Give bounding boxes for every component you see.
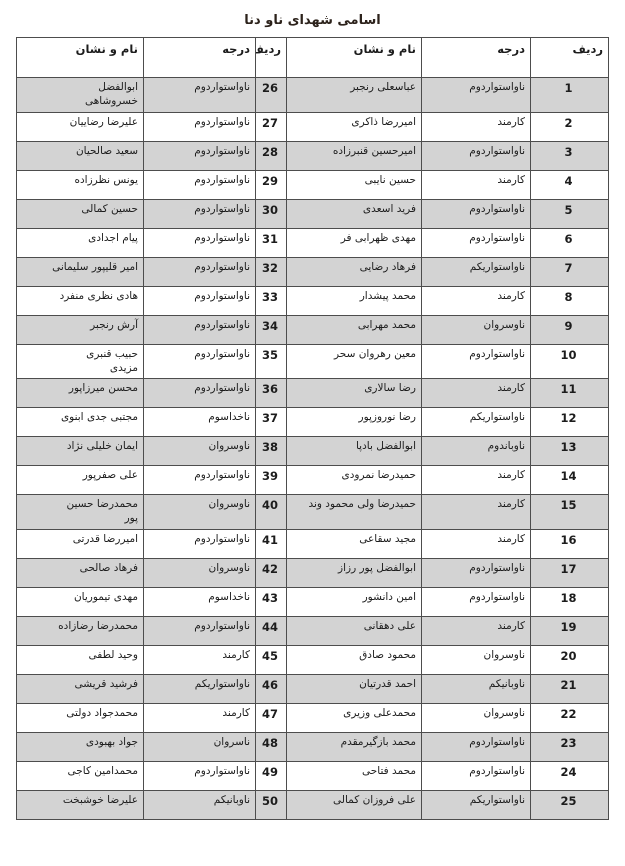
rank-cell: ناوسروان	[144, 559, 256, 588]
name-cell: علی صفرپور	[17, 466, 144, 495]
name-cell: احمد قدرتیان	[287, 675, 422, 704]
radif-cell: 35	[256, 344, 287, 379]
radif-cell: 32	[256, 257, 287, 286]
name-cell: محمدرضا حسین پور	[17, 495, 144, 530]
radif-cell: 4	[531, 170, 609, 199]
rank-cell: ناوسروان	[422, 315, 531, 344]
radif-cell: 25	[531, 791, 609, 820]
name-cell: فرید اسعدی	[287, 199, 422, 228]
name-cell: محمدامین کاجی	[17, 762, 144, 791]
table-row: 10ناواستواردوممعین رهروان سحر35ناواستوار…	[17, 344, 609, 379]
name-cell: رضا نوروزپور	[287, 408, 422, 437]
table-row: 23ناواستواردوممحمد بازگیرمقدم48ناسروانجو…	[17, 733, 609, 762]
name-cell: وحید لطفی	[17, 646, 144, 675]
radif-cell: 12	[531, 408, 609, 437]
rank-cell: ناوسروان	[144, 437, 256, 466]
radif-cell: 3	[531, 141, 609, 170]
name-cell: محمدجواد دولتی	[17, 704, 144, 733]
rank-cell: ناواستواریکم	[422, 408, 531, 437]
radif-cell: 48	[256, 733, 287, 762]
radif-cell: 42	[256, 559, 287, 588]
header-name-right: نام و نشان	[287, 38, 422, 78]
radif-cell: 39	[256, 466, 287, 495]
name-cell: حمیدرضا ولی محمود وند	[287, 495, 422, 530]
radif-cell: 9	[531, 315, 609, 344]
radif-cell: 13	[531, 437, 609, 466]
name-cell: امیرحسین قنبرزاده	[287, 141, 422, 170]
name-cell: جواد بهبودی	[17, 733, 144, 762]
radif-cell: 38	[256, 437, 287, 466]
table-row: 19کارمندعلی دهقانی44ناواستواردوممحمدرضا …	[17, 617, 609, 646]
name-cell: امین دانشور	[287, 588, 422, 617]
table-row: 15کارمندحمیدرضا ولی محمود وند40ناوسروانم…	[17, 495, 609, 530]
header-radif-right: ردیف	[531, 38, 609, 78]
name-cell: امیر قلیپور سلیمانی	[17, 257, 144, 286]
table-row: 13ناوباندومابوالفضل بادپا38ناوسروانایمان…	[17, 437, 609, 466]
header-name-left: نام و نشان	[17, 38, 144, 78]
name-cell: ابوالفضل پور رزاز	[287, 559, 422, 588]
rank-cell: ناواستواریکم	[422, 257, 531, 286]
radif-cell: 26	[256, 78, 287, 113]
radif-cell: 5	[531, 199, 609, 228]
radif-cell: 24	[531, 762, 609, 791]
radif-cell: 47	[256, 704, 287, 733]
table-row: 7ناواستواریکمفرهاد رضایی32ناواستواردومام…	[17, 257, 609, 286]
name-cell: فرهاد رضایی	[287, 257, 422, 286]
rank-cell: ناواستواردوم	[144, 112, 256, 141]
rank-cell: ناوباندوم	[422, 437, 531, 466]
table-body: 1ناواستواردومعباسعلی رنجبر26ناواستواردوم…	[17, 78, 609, 820]
rank-cell: ناواستواردوم	[144, 257, 256, 286]
name-cell: علی فروزان کمالی	[287, 791, 422, 820]
rank-cell: کارمند	[422, 379, 531, 408]
table-row: 2کارمندامیررضا ذاکری27ناواستواردومعلیرضا…	[17, 112, 609, 141]
header-radif-left: ردیف	[256, 38, 287, 78]
name-cell: محمدعلی وزیری	[287, 704, 422, 733]
rank-cell: ناواستواردوم	[422, 141, 531, 170]
table-row: 20ناوسروانمحمود صادق45کارمندوحید لطفی	[17, 646, 609, 675]
radif-cell: 49	[256, 762, 287, 791]
radif-cell: 22	[531, 704, 609, 733]
name-cell: مهدی ظهرابی فر	[287, 228, 422, 257]
name-cell: هادی نظری منفرد	[17, 286, 144, 315]
rank-cell: ناواستواریکم	[422, 791, 531, 820]
rank-cell: کارمند	[144, 704, 256, 733]
rank-cell: ناواستواردوم	[422, 199, 531, 228]
rank-cell: ناواستواردوم	[144, 286, 256, 315]
radif-cell: 21	[531, 675, 609, 704]
rank-cell: ناواستواردوم	[144, 466, 256, 495]
rank-cell: ناخداسوم	[144, 408, 256, 437]
name-cell: ایمان خلیلی نژاد	[17, 437, 144, 466]
rank-cell: ناوبانیکم	[144, 791, 256, 820]
radif-cell: 34	[256, 315, 287, 344]
name-cell: محمد پیشدار	[287, 286, 422, 315]
table-row: 17ناواستواردومابوالفضل پور رزاز42ناوسروا…	[17, 559, 609, 588]
radif-cell: 17	[531, 559, 609, 588]
name-cell: علی دهقانی	[287, 617, 422, 646]
name-cell: مهدی تیموریان	[17, 588, 144, 617]
rank-cell: ناواستواردوم	[144, 530, 256, 559]
table-row: 4کارمندحسین نایبی29ناواستواردومیونس نظرز…	[17, 170, 609, 199]
name-cell: ابوالفضل خسروشاهی	[17, 78, 144, 113]
name-cell: رضا سالاری	[287, 379, 422, 408]
name-cell: سعید صالحیان	[17, 141, 144, 170]
radif-cell: 41	[256, 530, 287, 559]
name-cell: محمد مهرابی	[287, 315, 422, 344]
name-cell: آرش رنجبر	[17, 315, 144, 344]
rank-cell: ناواستواردوم	[422, 344, 531, 379]
radif-cell: 33	[256, 286, 287, 315]
radif-cell: 7	[531, 257, 609, 286]
rank-cell: ناواستواردوم	[144, 617, 256, 646]
name-cell: مجتبی جدی ابنوی	[17, 408, 144, 437]
radif-cell: 10	[531, 344, 609, 379]
table-row: 14کارمندحمیدرضا نمرودی39ناواستواردومعلی …	[17, 466, 609, 495]
table-row: 8کارمندمحمد پیشدار33ناواستواردومهادی نظر…	[17, 286, 609, 315]
rank-cell: ناواستواردوم	[422, 559, 531, 588]
name-cell: امیررضا قدرتی	[17, 530, 144, 559]
rank-cell: ناوسروان	[144, 495, 256, 530]
name-cell: یونس نظرزاده	[17, 170, 144, 199]
radif-cell: 20	[531, 646, 609, 675]
radif-cell: 15	[531, 495, 609, 530]
radif-cell: 11	[531, 379, 609, 408]
table-row: 18ناواستواردومامین دانشور43ناخداسوممهدی …	[17, 588, 609, 617]
header-rank-left: درجه	[144, 38, 256, 78]
rank-cell: ناواستواردوم	[144, 170, 256, 199]
table-row: 16کارمندمجید سقاعی41ناواستواردومامیررضا …	[17, 530, 609, 559]
rank-cell: ناواستواردوم	[144, 315, 256, 344]
rank-cell: ناواستواردوم	[144, 344, 256, 379]
radif-cell: 14	[531, 466, 609, 495]
name-cell: محمد بازگیرمقدم	[287, 733, 422, 762]
name-cell: پیام اجدادی	[17, 228, 144, 257]
name-cell: مجید سقاعی	[287, 530, 422, 559]
radif-cell: 36	[256, 379, 287, 408]
rank-cell: ناوبانیکم	[422, 675, 531, 704]
rank-cell: کارمند	[422, 112, 531, 141]
name-cell: فرهاد صالحی	[17, 559, 144, 588]
name-cell: محمود صادق	[287, 646, 422, 675]
table-row: 25ناواستواریکمعلی فروزان کمالی50ناوبانیک…	[17, 791, 609, 820]
rank-cell: ناواستواردوم	[144, 762, 256, 791]
rank-cell: ناوسروان	[422, 646, 531, 675]
rank-cell: کارمند	[422, 617, 531, 646]
table-row: 3ناواستواردومامیرحسین قنبرزاده28ناواستوا…	[17, 141, 609, 170]
header-rank-right: درجه	[422, 38, 531, 78]
table-row: 5ناواستواردومفرید اسعدی30ناواستواردومحسی…	[17, 199, 609, 228]
radif-cell: 1	[531, 78, 609, 113]
table-row: 1ناواستواردومعباسعلی رنجبر26ناواستواردوم…	[17, 78, 609, 113]
table-row: 6ناواستواردوممهدی ظهرابی فر31ناواستواردو…	[17, 228, 609, 257]
rank-cell: ناواستواردوم	[144, 78, 256, 113]
table-row: 9ناوسروانمحمد مهرابی34ناواستواردومآرش رن…	[17, 315, 609, 344]
rank-cell: ناواستواردوم	[422, 78, 531, 113]
rank-cell: ناسروان	[144, 733, 256, 762]
radif-cell: 27	[256, 112, 287, 141]
rank-cell: ناواستواردوم	[144, 141, 256, 170]
rank-cell: کارمند	[422, 286, 531, 315]
rank-cell: ناواستواردوم	[422, 228, 531, 257]
page-title: اسامی شهدای ناو دنا	[0, 13, 625, 28]
radif-cell: 16	[531, 530, 609, 559]
name-cell: فرشید قریشی	[17, 675, 144, 704]
radif-cell: 19	[531, 617, 609, 646]
name-cell: حسین کمالی	[17, 199, 144, 228]
rank-cell: ناواستواردوم	[422, 588, 531, 617]
radif-cell: 2	[531, 112, 609, 141]
name-cell: محسن میرزاپور	[17, 379, 144, 408]
rank-cell: ناواستواردوم	[144, 228, 256, 257]
name-cell: علیرضا خوشبخت	[17, 791, 144, 820]
radif-cell: 23	[531, 733, 609, 762]
table-row: 21ناوبانیکماحمد قدرتیان46ناواستواریکمفرش…	[17, 675, 609, 704]
radif-cell: 30	[256, 199, 287, 228]
radif-cell: 18	[531, 588, 609, 617]
name-cell: حمیدرضا نمرودی	[287, 466, 422, 495]
rank-cell: کارمند	[422, 530, 531, 559]
rank-cell: کارمند	[144, 646, 256, 675]
radif-cell: 46	[256, 675, 287, 704]
radif-cell: 8	[531, 286, 609, 315]
table-row: 24ناواستواردوممحمد فتاحی49ناواستواردوممح…	[17, 762, 609, 791]
rank-cell: کارمند	[422, 495, 531, 530]
name-cell: محمد فتاحی	[287, 762, 422, 791]
rank-cell: کارمند	[422, 466, 531, 495]
radif-cell: 50	[256, 791, 287, 820]
name-cell: ابوالفضل بادپا	[287, 437, 422, 466]
table-header-row: ردیف درجه نام و نشان ردیف درجه نام و نشا…	[17, 38, 609, 78]
table-row: 11کارمندرضا سالاری36ناواستواردوممحسن میر…	[17, 379, 609, 408]
rank-cell: ناواستواردوم	[422, 733, 531, 762]
rank-cell: کارمند	[422, 170, 531, 199]
name-cell: حبیب قنبری مزیدی	[17, 344, 144, 379]
radif-cell: 37	[256, 408, 287, 437]
rank-cell: ناواستواردوم	[144, 379, 256, 408]
name-cell: حسین نایبی	[287, 170, 422, 199]
radif-cell: 43	[256, 588, 287, 617]
table-row: 22ناوسروانمحمدعلی وزیری47کارمندمحمدجواد …	[17, 704, 609, 733]
martyrs-table: ردیف درجه نام و نشان ردیف درجه نام و نشا…	[16, 37, 609, 820]
name-cell: معین رهروان سحر	[287, 344, 422, 379]
radif-cell: 44	[256, 617, 287, 646]
name-cell: محمدرضا رضازاده	[17, 617, 144, 646]
name-cell: امیررضا ذاکری	[287, 112, 422, 141]
rank-cell: ناخداسوم	[144, 588, 256, 617]
radif-cell: 31	[256, 228, 287, 257]
rank-cell: ناواستواردوم	[144, 199, 256, 228]
name-cell: علیرضا رضاییان	[17, 112, 144, 141]
name-cell: عباسعلی رنجبر	[287, 78, 422, 113]
radif-cell: 6	[531, 228, 609, 257]
radif-cell: 45	[256, 646, 287, 675]
table-row: 12ناواستواریکمرضا نوروزپور37ناخداسوممجتب…	[17, 408, 609, 437]
rank-cell: ناوسروان	[422, 704, 531, 733]
rank-cell: ناواستواردوم	[422, 762, 531, 791]
radif-cell: 28	[256, 141, 287, 170]
radif-cell: 29	[256, 170, 287, 199]
radif-cell: 40	[256, 495, 287, 530]
rank-cell: ناواستواریکم	[144, 675, 256, 704]
